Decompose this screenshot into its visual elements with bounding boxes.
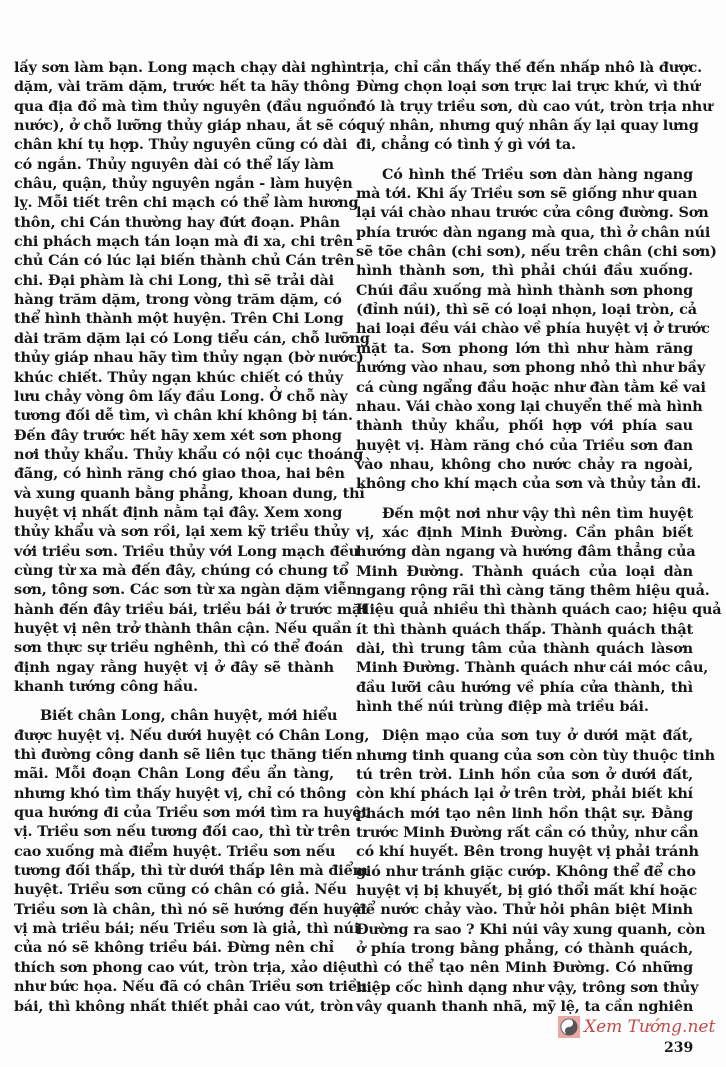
text-line: Chúi đầu xuống mà hình thành sơn phong bbox=[356, 281, 693, 300]
text-line: chân khí tụ hợp. Thủy nguyên cũng có dài bbox=[14, 135, 334, 154]
text-line: hướng vào nhau, sơn phong nhỏ thì như bầ… bbox=[356, 358, 693, 377]
text-line: không cho khí mạch của sơn và thủy tản đ… bbox=[356, 474, 693, 493]
text-line: chủ Cán có lúc lại biến thành chủ Cán tr… bbox=[14, 251, 334, 270]
text-line: tú trên trời. Linh hồn của sơn ở dưới đấ… bbox=[356, 765, 693, 784]
text-line: thủy khẩu và sơn rồi, lại xem kỹ triều t… bbox=[14, 522, 334, 541]
text-line: tương đối dễ tìm, vì chân khí không bị t… bbox=[14, 406, 334, 425]
text-line: vị. Triều sơn nếu tương đối cao, thì từ … bbox=[14, 822, 334, 841]
paragraph: lấy sơn làm bạn. Long mạch chạy dài nghì… bbox=[14, 58, 334, 696]
text-line: còn khí phách lại ở trên trời, phải biết… bbox=[356, 784, 693, 803]
paragraph: Đến một nơi như vậy thì nên tìm huyệtvị,… bbox=[356, 504, 693, 717]
text-line: Đừng chọn loại sơn trực lai trực khứ, vì… bbox=[356, 77, 693, 96]
text-line: Hiệu quả nhiều thì thành quách cao; hiệu… bbox=[356, 600, 693, 619]
text-line: nhưng khó tìm thấy huyệt vị, chỉ có thôn… bbox=[14, 784, 334, 803]
text-line: dài, thì trung tâm của thành quách làsơn bbox=[356, 639, 693, 658]
text-line: thì đường công danh sẽ liên tục thăng ti… bbox=[14, 745, 334, 764]
text-line: thể hình thành một huyện. Trên Chi Long bbox=[14, 309, 334, 328]
text-line: sơn, tông sơn. Các sơn từ xa ngàn dặm vi… bbox=[14, 580, 334, 599]
text-line: hai loại đều vái chào về phía huyệt vị ở… bbox=[356, 319, 693, 338]
paragraph: Biết chân Long, chân huyệt, mới hiểuđược… bbox=[14, 706, 334, 1016]
text-line: huyệt vị nên trở thành thân cận. Nếu quầ… bbox=[14, 619, 334, 638]
text-line: phía trước dàn ngang mà qua, thì ở chân … bbox=[356, 223, 693, 242]
text-line: trịa, chỉ cần thấy thế đến nhấp nhô là đ… bbox=[356, 58, 693, 77]
text-line: qua địa đồ mà tìm thủy nguyên (đầu nguồn bbox=[14, 97, 334, 116]
text-line: huyệt vị. Hàm răng chó của Triều sơn đan bbox=[356, 436, 693, 455]
text-line: gió như tránh giặc cướp. Không thể để ch… bbox=[356, 862, 693, 881]
text-line: Có hình thế Triều sơn dàn hàng ngang bbox=[356, 165, 693, 184]
yin-yang-icon bbox=[558, 1016, 580, 1038]
text-line: hướng dàn ngang và hướng đâm thẳng của bbox=[356, 542, 693, 561]
text-line: nhưng tinh quang của sơn còn tùy thuộc t… bbox=[356, 746, 693, 765]
text-line: ít thì thành quách thấp. Thành quách thậ… bbox=[356, 620, 693, 639]
text-line: mãi. Mỗi đoạn Chân Long đều ẩn tàng, bbox=[14, 764, 334, 783]
text-line: thủy giáp nhau hãy tìm thủy ngạn (bờ nướ… bbox=[14, 348, 334, 367]
text-line: vây quanh thanh nhã, mỹ lệ, ta cần nghiê… bbox=[356, 997, 693, 1016]
right-text-column: trịa, chỉ cần thấy thế đến nhấp nhô là đ… bbox=[356, 58, 693, 1017]
text-line: được huyệt vị. Nếu dưới huyệt có Chân Lo… bbox=[14, 726, 334, 745]
text-line: chi phách mạch tán loạn mà đi xa, chi tr… bbox=[14, 232, 334, 251]
text-line: châu, quận, thủy nguyên ngắn - làm huyện bbox=[14, 174, 334, 193]
text-line: lưu chảy vòng ôm lấy đầu Long. Ở chỗ này bbox=[14, 387, 334, 406]
text-line: có ngắn. Thủy nguyên dài có thể lấy làm bbox=[14, 155, 334, 174]
text-line: đi, chẳng có tình ý gì với ta. bbox=[356, 135, 693, 154]
text-line: Biết chân Long, chân huyệt, mới hiểu bbox=[14, 706, 334, 725]
paragraph: Diện mạo của sơn tuy ở dưới mặt đất,nhưn… bbox=[356, 726, 693, 1016]
text-line: hành đến đây triều bái, triều bái ở trướ… bbox=[14, 600, 334, 619]
text-line: mặt ta. Sơn phong lớn thì như hàm răng bbox=[356, 339, 693, 358]
left-text-column: lấy sơn làm bạn. Long mạch chạy dài nghì… bbox=[14, 58, 334, 1016]
text-line: đãng, có hình răng chó giao thoa, hai bê… bbox=[14, 464, 334, 483]
page-number: 239 bbox=[664, 1040, 693, 1056]
text-line: sơn thực sự triều nghênh, thì có thể đoá… bbox=[14, 638, 334, 657]
text-line: để nước chảy vào. Thử hỏi phân biệt Minh bbox=[356, 900, 693, 919]
text-line: chi. Đại phàm là chi Long, thì sẽ trải d… bbox=[14, 271, 334, 290]
text-line: thích sơn phong cao vút, tròn trịa, xảo … bbox=[14, 958, 334, 977]
text-line: hiệp cốc hình dạng như vậy, trông sơn th… bbox=[356, 978, 693, 997]
text-line: thôn, chi Cán thường hay đứt đoạn. Phân bbox=[14, 213, 334, 232]
text-line: của nó sẽ không triều bái. Đừng nên chỉ bbox=[14, 938, 334, 957]
text-line: nhau. Vái chào xong lại chuyển thế mà hì… bbox=[356, 397, 693, 416]
text-line: Đường ra sao ? Khi núi vây xung quanh, c… bbox=[356, 920, 693, 939]
text-line: thành thủy khẩu, phối hợp với phía sau bbox=[356, 416, 693, 435]
text-line: phách mới tạo nên linh hồn thật sự. Đằng bbox=[356, 804, 693, 823]
paragraph-gap bbox=[356, 494, 693, 504]
text-line: Triều sơn là chân, thì nó sẽ hướng đến h… bbox=[14, 900, 334, 919]
text-line: nơi thủy khẩu. Thủy khẩu có nội cục thoá… bbox=[14, 445, 334, 464]
text-line: có khí huyết. Bên trong huyệt vị phải tr… bbox=[356, 842, 693, 861]
text-line: ngang rộng rãi thì càng tăng thêm hiệu q… bbox=[356, 581, 693, 600]
text-line: thì có thể tạo nên Minh Đường. Có những bbox=[356, 958, 693, 977]
watermark-text: Xem Tướng.net bbox=[584, 1017, 715, 1037]
watermark: Xem Tướng.net bbox=[558, 1016, 715, 1038]
text-line: cao xuống mà điểm huyệt. Triều sơn nếu bbox=[14, 842, 334, 861]
text-line: vị mà triều bái; nếu Triều sơn là giả, t… bbox=[14, 919, 334, 938]
text-line: hàng trăm dặm, trong vòng trăm dặm, có bbox=[14, 290, 334, 309]
text-line: tương đối thấp, thì từ dưới thấp lên mà … bbox=[14, 861, 334, 880]
paragraph: trịa, chỉ cần thấy thế đến nhấp nhô là đ… bbox=[356, 58, 693, 155]
text-line: lỵ. Mỗi tiết trên chi mạch có thể làm hư… bbox=[14, 193, 334, 212]
text-line: huyệt vị nhất định nằm tại đây. Xem xong bbox=[14, 503, 334, 522]
text-line: định ngay rằng huyệt vị ở đây sẽ thành bbox=[14, 658, 334, 677]
text-line: với triều sơn. Triều thủy với Long mạch … bbox=[14, 542, 334, 561]
paragraph-gap bbox=[356, 155, 693, 165]
text-line: trước Minh Đường rất cần có thủy, như cầ… bbox=[356, 823, 693, 842]
text-line: quý nhân, nhưng quý nhân ấy lại quay lưn… bbox=[356, 116, 693, 135]
text-line: đầu lưỡi câu hướng về phía cửa thành, th… bbox=[356, 678, 693, 697]
text-line: vị, xác định Minh Đường. Cần phân biết bbox=[356, 523, 693, 542]
text-line: dặm, vài trăm dặm, trước hết ta hãy thôn… bbox=[14, 77, 334, 96]
text-line: sẽ tõe chân (chi sơn), nếu trên chân (ch… bbox=[356, 242, 693, 261]
text-line: đó là trụy triều sơn, dù cao vút, tròn t… bbox=[356, 97, 693, 116]
text-line: ở phía trong bằng phẳng, có thành quách, bbox=[356, 939, 693, 958]
text-line: Đến đây trước hết hãy xem xét sơn phong bbox=[14, 426, 334, 445]
text-line: (đỉnh núi), thì sẽ có loại nhọn, loại tr… bbox=[356, 300, 693, 319]
text-line: dài trăm dặm lại có Long tiểu cán, chỗ l… bbox=[14, 329, 334, 348]
text-line: lại vái chào nhau trước cửa công đường. … bbox=[356, 203, 693, 222]
paragraph-gap bbox=[356, 716, 693, 726]
text-line: khanh tướng công hầu. bbox=[14, 677, 334, 696]
text-line: như bức họa. Nếu đã có chân Triều sơn tr… bbox=[14, 977, 334, 996]
text-line: bái, thì không nhất thiết phải cao vút, … bbox=[14, 997, 334, 1016]
text-line: khúc chiết. Thủy ngạn khúc chiết có thủy bbox=[14, 368, 334, 387]
text-line: lấy sơn làm bạn. Long mạch chạy dài nghì… bbox=[14, 58, 334, 77]
paragraph: Có hình thế Triều sơn dàn hàng ngangmà t… bbox=[356, 165, 693, 494]
paragraph-gap bbox=[14, 696, 334, 706]
text-line: huyệt vị bị khuyết, bị gió thổi mất khí … bbox=[356, 881, 693, 900]
text-line: Minh Đường. Thành quách của loại dàn bbox=[356, 562, 693, 581]
text-line: nước), ở chỗ lưỡng thủy giáp nhau, ắt sẽ… bbox=[14, 116, 334, 135]
text-line: vào nhau, không cho nước chảy ra ngoài, bbox=[356, 455, 693, 474]
book-page: lấy sơn làm bạn. Long mạch chạy dài nghì… bbox=[0, 0, 726, 1067]
text-line: Đến một nơi như vậy thì nên tìm huyệt bbox=[356, 504, 693, 523]
text-line: huyệt. Triều sơn cũng có chân có giả. Nế… bbox=[14, 880, 334, 899]
text-line: mà tới. Khi ấy Triều sơn sẽ giống như qu… bbox=[356, 184, 693, 203]
text-line: Diện mạo của sơn tuy ở dưới mặt đất, bbox=[356, 726, 693, 745]
text-line: cùng từ xa mà đến đây, chúng có chung tổ bbox=[14, 561, 334, 580]
text-line: hình thành sơn, thì phải chúi đầu xuống. bbox=[356, 261, 693, 280]
text-line: hình thế núi trùng điệp mà triều bái. bbox=[356, 697, 693, 716]
text-line: Minh Đường. Thành quách như cái móc câu, bbox=[356, 658, 693, 677]
text-line: qua hướng đi của Triều sơn mới tìm ra hu… bbox=[14, 803, 334, 822]
text-line: và xung quanh bằng phẳng, khoan dung, th… bbox=[14, 484, 334, 503]
text-line: cá cùng ngẩng đầu hoặc như đàn tằm kề va… bbox=[356, 378, 693, 397]
